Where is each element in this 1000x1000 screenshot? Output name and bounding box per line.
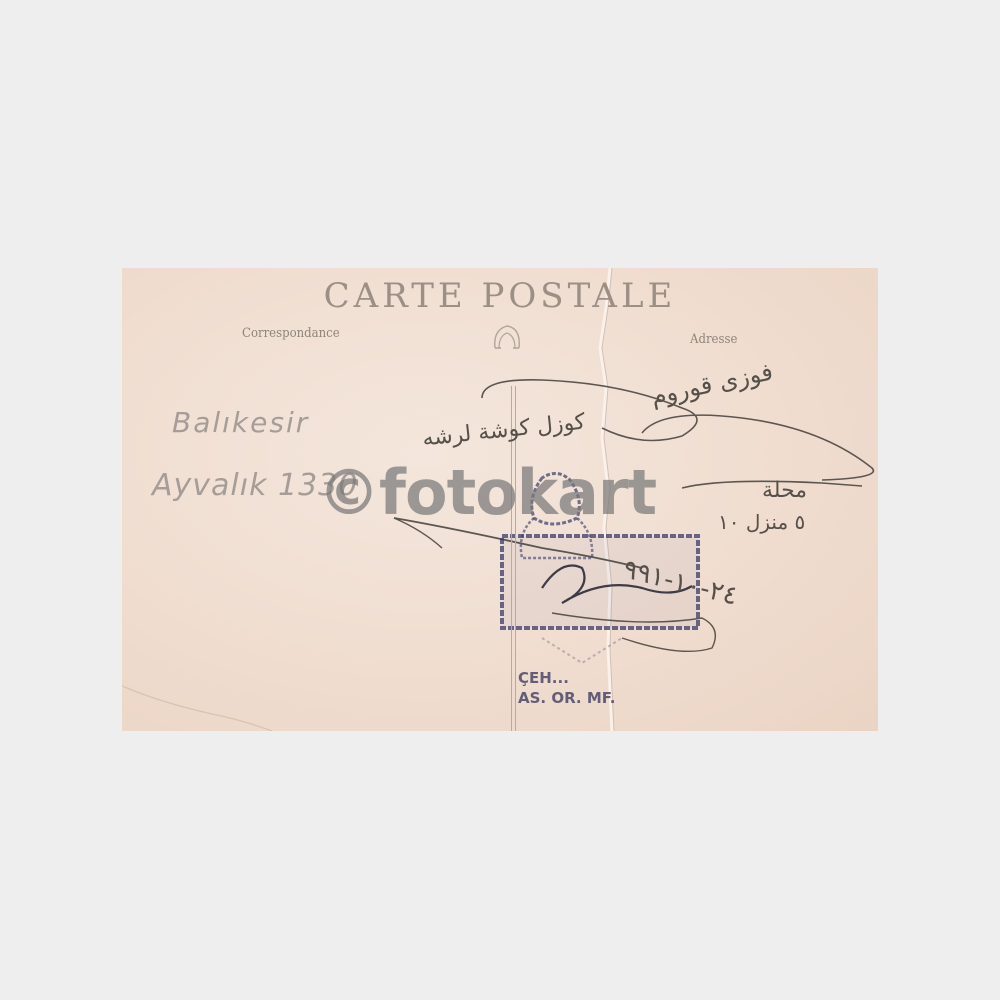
address-line-3: محلة xyxy=(762,478,807,503)
correspondence-label: Correspondance xyxy=(242,326,340,341)
card-title: CARTE POSTALE xyxy=(122,276,878,316)
watermark: ©fotokart xyxy=(318,462,656,524)
seal-line-2: AS. OR. MF. xyxy=(518,688,616,708)
address-label: Adresse xyxy=(690,332,737,347)
address-line-4: ٥ منزل ١٠ xyxy=(718,510,805,534)
seal-line-1: ÇEH... xyxy=(518,668,616,688)
stamp-place-icon xyxy=(489,318,525,354)
pencil-note-city: Balıkesir xyxy=(172,406,309,439)
seal-stamp-text: ÇEH... AS. OR. MF. xyxy=(518,668,616,708)
